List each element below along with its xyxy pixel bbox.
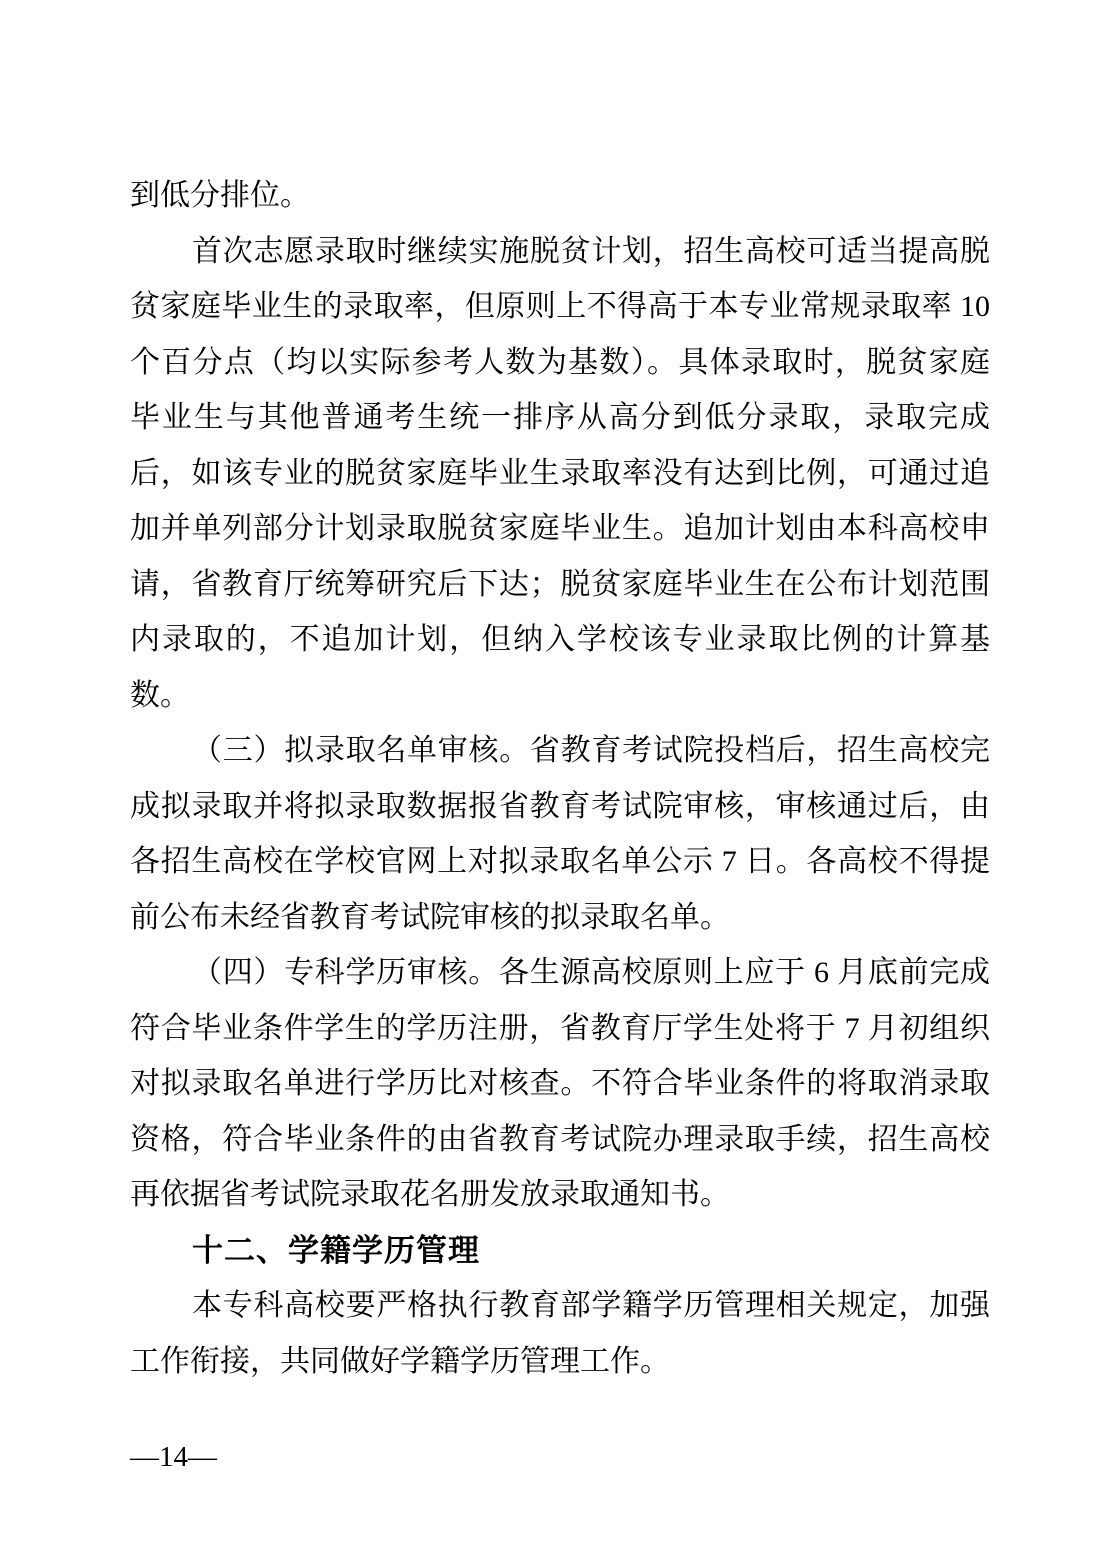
body-text: 个百分点（均以实际参考人数为基数）。具体录取时，脱贫家庭 bbox=[130, 346, 990, 379]
body-text: 前公布未经省教育考试院审核的拟录取名单。 bbox=[130, 901, 730, 934]
body-text: 数。 bbox=[130, 679, 190, 712]
text-line: 数。 bbox=[130, 668, 990, 724]
body-text: 对拟录取名单进行学历比对核查。不符合毕业条件的将取消录取 bbox=[130, 1067, 990, 1100]
text-line: 加并单列部分计划录取脱贫家庭毕业生。追加计划由本科高校申 bbox=[130, 501, 990, 557]
text-line: 工作衔接，共同做好学籍学历管理工作。 bbox=[130, 1334, 990, 1390]
text-line: 到低分排位。 bbox=[130, 168, 990, 224]
page-number: —14— bbox=[130, 1441, 217, 1473]
body-text: 内录取的，不追加计划，但纳入学校该专业录取比例的计算基 bbox=[130, 623, 990, 656]
text-line: 贫家庭毕业生的录取率，但原则上不得高于本专业常规录取率 10 bbox=[130, 279, 990, 335]
body-text: 资格，符合毕业条件的由省教育考试院办理录取手续，招生高校 bbox=[130, 1123, 990, 1156]
body-text: 成拟录取并将拟录取数据报省教育考试院审核，审核通过后，由 bbox=[130, 790, 990, 823]
body-text: 毕业生与其他普通考生统一排序从高分到低分录取，录取完成 bbox=[130, 401, 990, 434]
text-line: 首次志愿录取时继续实施脱贫计划，招生高校可适当提高脱 bbox=[130, 224, 990, 280]
text-line: （四）专科学历审核。各生源高校原则上应于 6 月底前完成 bbox=[130, 945, 990, 1001]
text-line: 毕业生与其他普通考生统一排序从高分到低分录取，录取完成 bbox=[130, 390, 990, 446]
text-line: 前公布未经省教育考试院审核的拟录取名单。 bbox=[130, 890, 990, 946]
document-body: 到低分排位。首次志愿录取时继续实施脱贫计划，招生高校可适当提高脱贫家庭毕业生的录… bbox=[130, 168, 990, 1389]
text-line: （三）拟录取名单审核。省教育考试院投档后，招生高校完 bbox=[130, 723, 990, 779]
body-text: 加并单列部分计划录取脱贫家庭毕业生。追加计划由本科高校申 bbox=[130, 512, 990, 545]
heading-text: 十二、学籍学历管理 bbox=[192, 1233, 480, 1268]
text-line: 成拟录取并将拟录取数据报省教育考试院审核，审核通过后，由 bbox=[130, 779, 990, 835]
body-text: 贫家庭毕业生的录取率，但原则上不得高于本专业常规录取率 10 bbox=[130, 290, 990, 323]
body-text: 请，省教育厅统筹研究后下达；脱贫家庭毕业生在公布计划范围 bbox=[130, 568, 990, 601]
text-line: 本专科高校要严格执行教育部学籍学历管理相关规定，加强 bbox=[130, 1278, 990, 1334]
text-line: 各招生高校在学校官网上对拟录取名单公示 7 日。各高校不得提 bbox=[130, 834, 990, 890]
text-line: 资格，符合毕业条件的由省教育考试院办理录取手续，招生高校 bbox=[130, 1112, 990, 1168]
text-line: 个百分点（均以实际参考人数为基数）。具体录取时，脱贫家庭 bbox=[130, 335, 990, 391]
clause-lead-text: （三）拟录取名单审核。 bbox=[192, 734, 530, 767]
body-text: 各招生高校在学校官网上对拟录取名单公示 7 日。各高校不得提 bbox=[130, 845, 990, 878]
text-line: 符合毕业条件学生的学历注册，省教育厅学生处将于 7 月初组织 bbox=[130, 1001, 990, 1057]
body-text: 再依据省考试院录取花名册发放录取通知书。 bbox=[130, 1178, 730, 1211]
text-line: 再依据省考试院录取花名册发放录取通知书。 bbox=[130, 1167, 990, 1223]
body-text: 首次志愿录取时继续实施脱贫计划，招生高校可适当提高脱 bbox=[192, 235, 990, 268]
text-line: 对拟录取名单进行学历比对核查。不符合毕业条件的将取消录取 bbox=[130, 1056, 990, 1112]
body-text: 后，如该专业的脱贫家庭毕业生录取率没有达到比例，可通过追 bbox=[130, 457, 990, 490]
body-text: 各生源高校原则上应于 6 月底前完成 bbox=[499, 956, 990, 989]
body-text: 符合毕业条件学生的学历注册，省教育厅学生处将于 7 月初组织 bbox=[130, 1012, 990, 1045]
text-line: 后，如该专业的脱贫家庭毕业生录取率没有达到比例，可通过追 bbox=[130, 446, 990, 502]
section-heading: 十二、学籍学历管理 bbox=[130, 1223, 990, 1279]
body-text: 工作衔接，共同做好学籍学历管理工作。 bbox=[130, 1345, 670, 1378]
body-text: 本专科高校要严格执行教育部学籍学历管理相关规定，加强 bbox=[192, 1289, 990, 1322]
body-text: 省教育考试院投档后，招生高校完 bbox=[530, 734, 990, 767]
text-line: 请，省教育厅统筹研究后下达；脱贫家庭毕业生在公布计划范围 bbox=[130, 557, 990, 613]
body-text: 到低分排位。 bbox=[130, 179, 310, 212]
text-line: 内录取的，不追加计划，但纳入学校该专业录取比例的计算基 bbox=[130, 612, 990, 668]
clause-lead-text: （四）专科学历审核。 bbox=[192, 956, 499, 989]
document-page: 到低分排位。首次志愿录取时继续实施脱贫计划，招生高校可适当提高脱贫家庭毕业生的录… bbox=[0, 0, 1102, 1559]
